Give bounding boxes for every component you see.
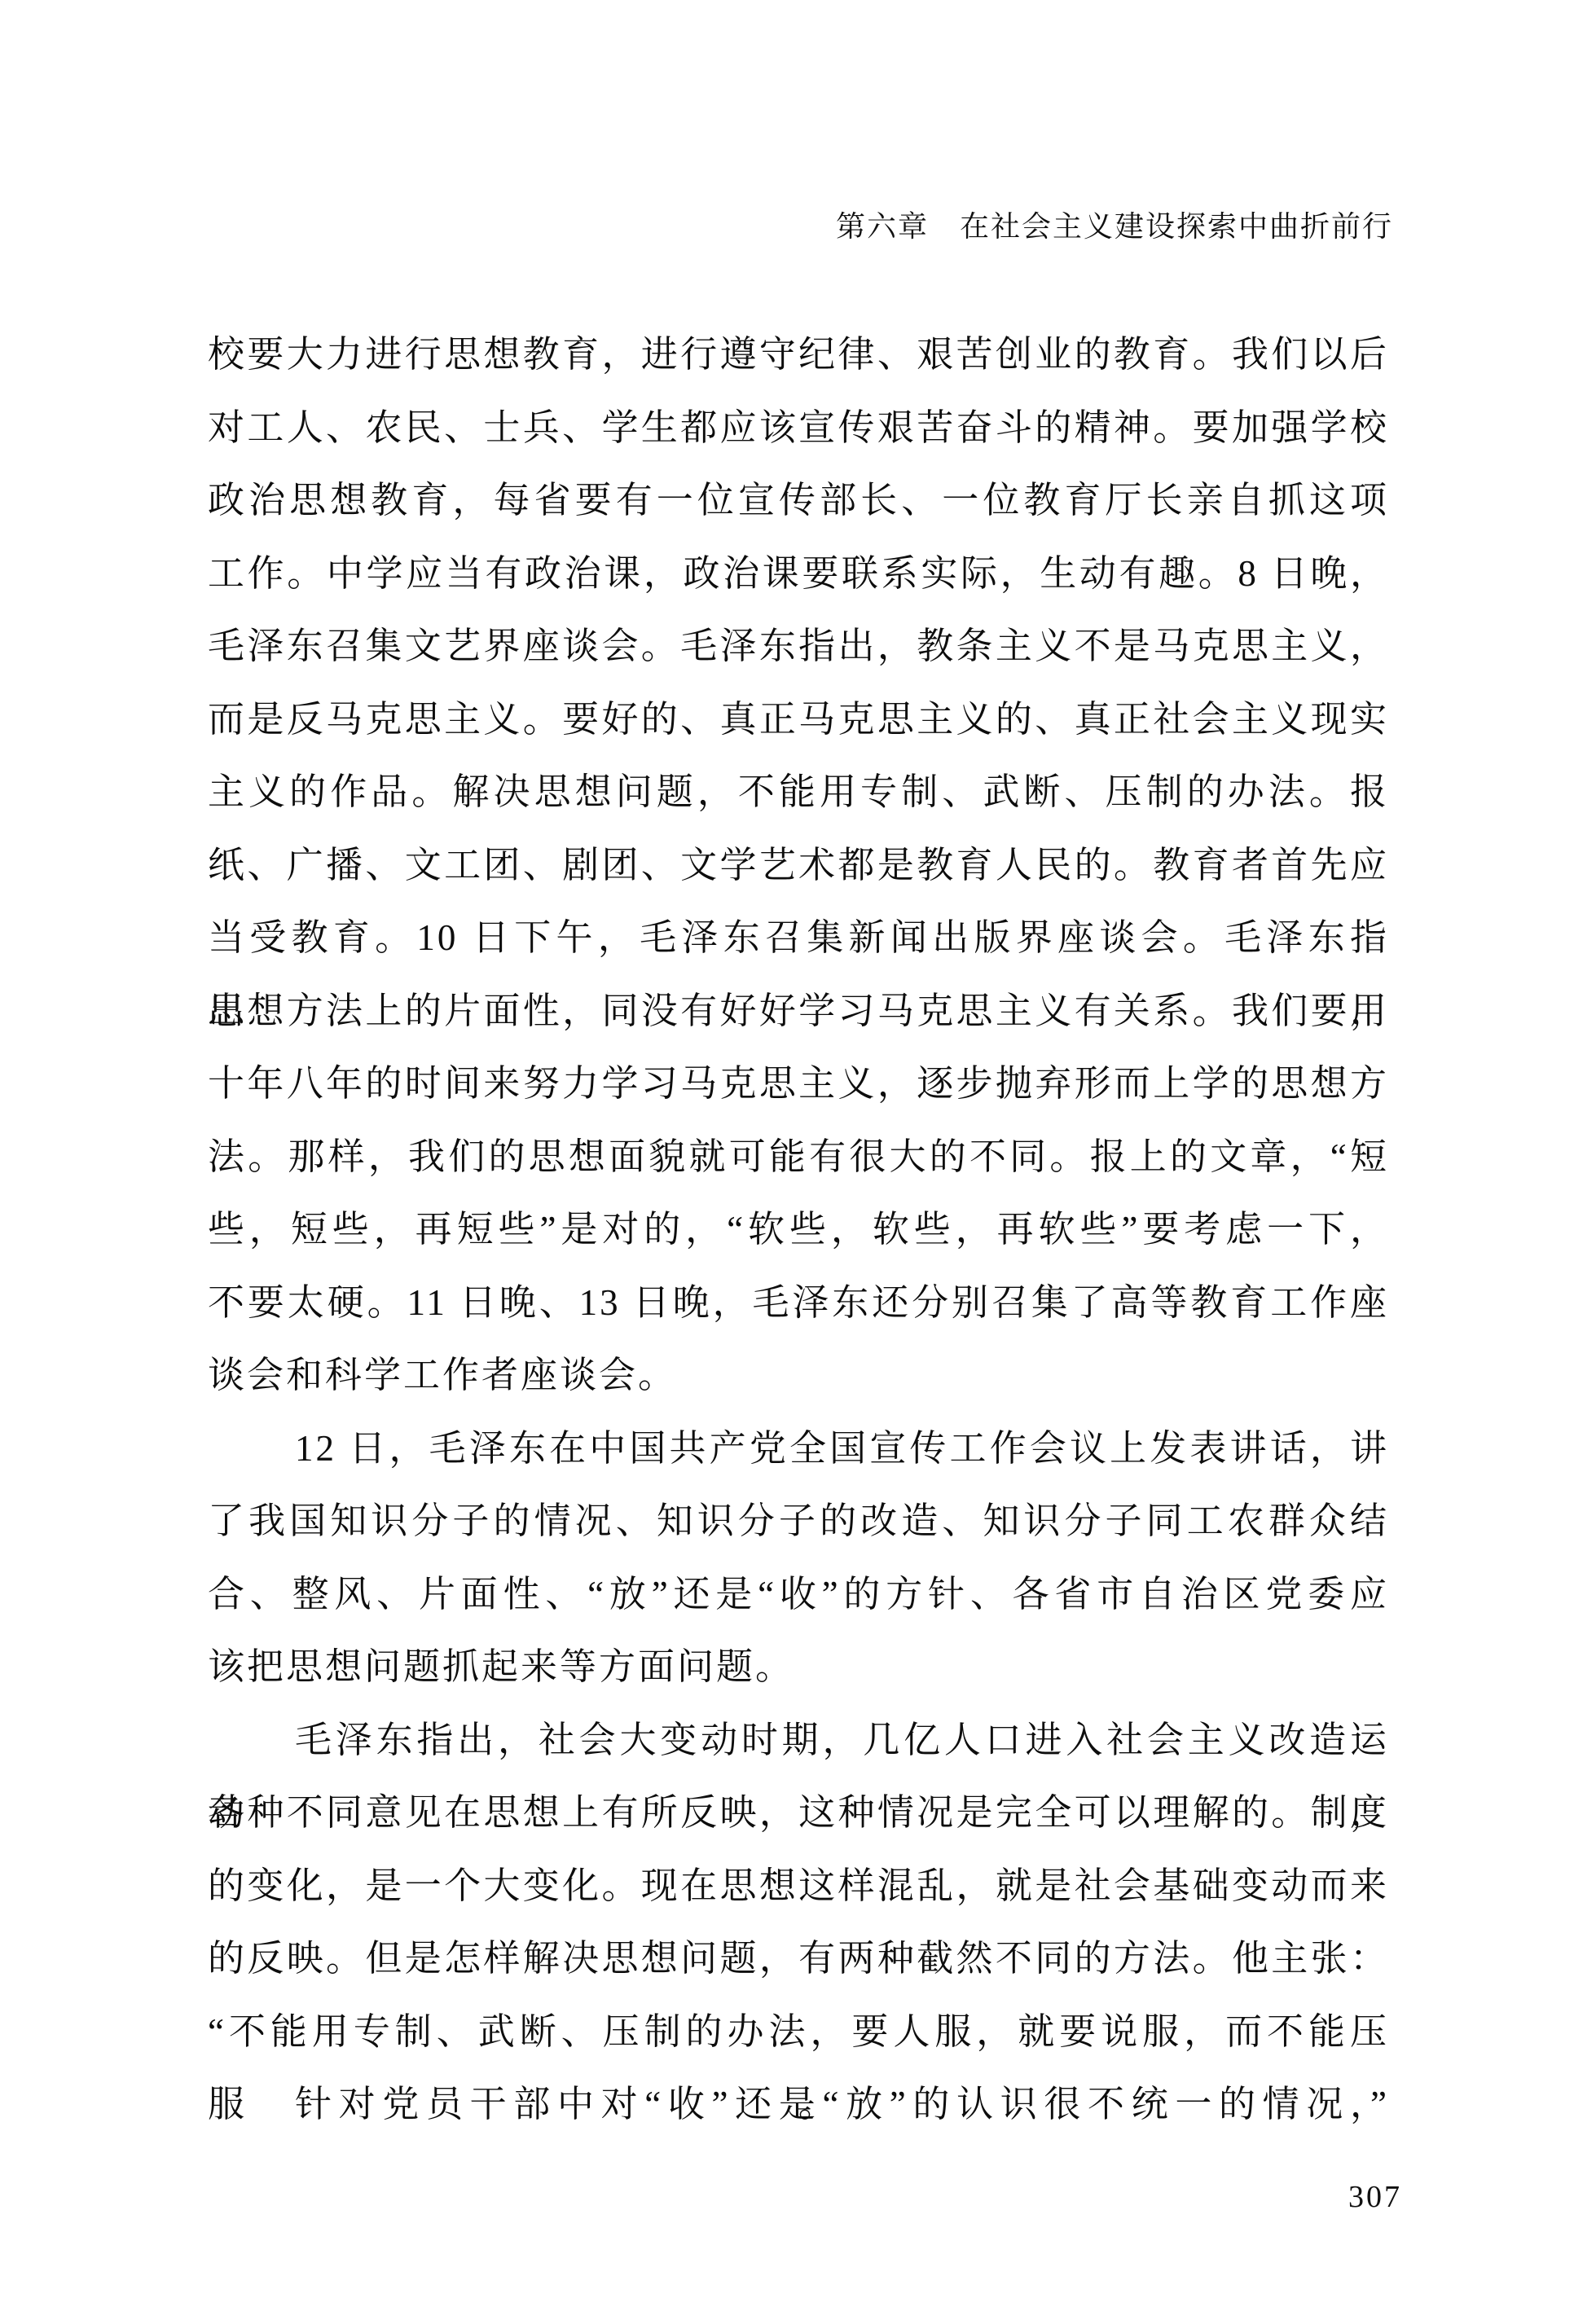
body-line: 主义的作品。解决思想问题，不能用专制、武断、压制的办法。报 [208,756,1389,829]
body-line: 当受教育。10 日下午，毛泽东召集新闻出版界座谈会。毛泽东指出， [208,902,1389,975]
body-line: 了我国知识分子的情况、知识分子的改造、知识分子同工农群众结 [208,1485,1389,1558]
body-line: 对工人、农民、士兵、学生都应该宣传艰苦奋斗的精神。要加强学校 [208,392,1389,465]
body-line: 的反映。但是怎样解决思想问题，有两种截然不同的方法。他主张： [208,1922,1389,1996]
body-line: 12 日，毛泽东在中国共产党全国宣传工作会议上发表讲话，讲 [208,1413,1389,1486]
body-line: 校要大力进行思想教育，进行遵守纪律、艰苦创业的教育。我们以后 [208,319,1389,392]
body-line: “不能用专制、武断、压制的办法，要人服，就要说服，而不能压服。” [208,1996,1389,2069]
body-line: 该把思想问题抓起来等方面问题。 [208,1631,1389,1704]
page-number: 307 [1348,2178,1402,2216]
body-line: 纸、广播、文工团、剧团、文学艺术都是教育人民的。教育者首先应 [208,829,1389,903]
book-page: 第六章 在社会主义建设探索中曲折前行 校要大力进行思想教育，进行遵守纪律、艰苦创… [0,0,1596,2298]
body-line: 而是反马克思主义。要好的、真正马克思主义的、真正社会主义现实 [208,683,1389,757]
body-line: 不要太硬。11 日晚、13 日晚，毛泽东还分别召集了高等教育工作座 [208,1267,1389,1340]
body-line: 的变化，是一个大变化。现在思想这样混乱，就是社会基础变动而来 [208,1850,1389,1923]
body-line: 思想方法上的片面性，同没有好好学习马克思主义有关系。我们要用 [208,975,1389,1048]
body-line: 谈会和科学工作者座谈会。 [208,1339,1389,1413]
body-line: 针对党员干部中对“收”还是“放”的认识很不统一的情况， [208,2068,1389,2142]
body-line: 工作。中学应当有政治课，政治课要联系实际，生动有趣。8 日晚， [208,538,1389,611]
body-line: 政治思想教育，每省要有一位宣传部长、一位教育厅长亲自抓这项 [208,464,1389,538]
body-text: 校要大力进行思想教育，进行遵守纪律、艰苦创业的教育。我们以后 对工人、农民、士兵… [208,319,1389,2142]
running-header: 第六章 在社会主义建设探索中曲折前行 [836,208,1393,245]
body-line: 各种不同意见在思想上有所反映，这种情况是完全可以理解的。制度 [208,1777,1389,1850]
body-line: 法。那样，我们的思想面貌就可能有很大的不同。报上的文章，“短 [208,1121,1389,1194]
body-line: 毛泽东指出，社会大变动时期，几亿人口进入社会主义改造运动， [208,1704,1389,1777]
body-line: 合、整风、片面性、“放”还是“收”的方针、各省市自治区党委应 [208,1558,1389,1632]
body-line: 些，短些，再短些”是对的，“软些，软些，再软些”要考虑一下， [208,1193,1389,1267]
body-line: 十年八年的时间来努力学习马克思主义，逐步抛弃形而上学的思想方 [208,1048,1389,1121]
body-line: 毛泽东召集文艺界座谈会。毛泽东指出，教条主义不是马克思主义， [208,610,1389,683]
